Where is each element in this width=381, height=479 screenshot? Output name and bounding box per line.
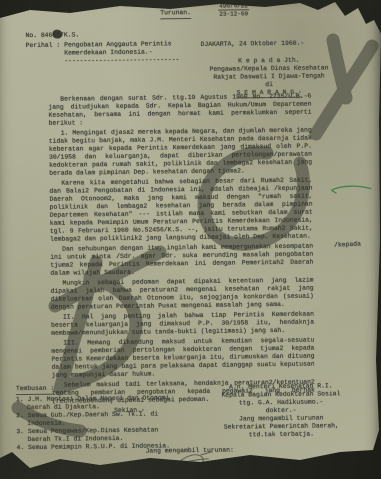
- paragraph-point-2: II. Hal jang penting jalah bahwa tiap Pe…: [51, 310, 314, 337]
- tembusan-block: Tembusan : 1. J.M. Menteri Dalam Negeri …: [16, 383, 185, 452]
- subject-line2: Kemerdekaan Indonesia.-: [64, 48, 152, 56]
- subject-text: Pengobatan Anggauta Perintis Kemerdekaan…: [64, 40, 179, 65]
- subject-label: Perihal :: [26, 42, 61, 66]
- scanned-letter-photo: Turunan. 490/4/22 23-12-60 No. 84663/K.S…: [0, 0, 381, 479]
- margin-note-kepada: /kepada: [334, 240, 361, 249]
- paragraph-intro: Berkenaan dengan surat Sdr. ttg.19 Agust…: [48, 93, 311, 128]
- aged-paper-sheet: Turunan. 490/4/22 23-12-60 No. 84663/K.S…: [0, 0, 381, 479]
- subject-line1: Pengobatan Anggauta Perintis: [64, 40, 171, 48]
- paragraph-sehubungan: Dan sehubungan dengan itu, inginlah kami…: [50, 243, 313, 278]
- reference-number-date: 23-12-60: [219, 10, 248, 17]
- paragraph-point-1: 1. Mengingat djasa2 mereka kepada Negara…: [49, 127, 313, 178]
- letter-content: Turunan. 490/4/22 23-12-60 No. 84663/K.S…: [0, 0, 381, 479]
- paragraph-mungkin: Mungkin sebagai pedoman dapat dipakai ke…: [50, 277, 313, 312]
- tembusan-label: Tembusan :: [16, 385, 54, 395]
- signature-block: A.n. Menteri Kesehatan R.I. Kepala Bagia…: [192, 382, 371, 440]
- signature-illegible: ttd.tak terbatja.: [192, 430, 370, 440]
- green-pen-mark: [329, 182, 373, 195]
- city-date: DJAKARTA, 24 Oktober 1960.-: [201, 40, 305, 49]
- subject-divider: ------------------------------: [64, 56, 179, 64]
- letter-body: Berkenaan dengan surat Sdr. ttg.19 Agust…: [48, 93, 315, 418]
- recipient-block: K e p a d a Jth. Pengawas/Kepala Dinas K…: [190, 56, 348, 98]
- paragraph-karena: Karena kita mengetahui bahwa sebagian be…: [49, 177, 313, 244]
- handwritten-signature: [165, 450, 229, 475]
- ink-blot: [52, 30, 62, 39]
- reference-number: 490/4/22 23-12-60: [218, 2, 249, 17]
- turunan-label: Turunan.: [160, 9, 191, 19]
- paragraph-point-3: III. Memang dikandung maksud untuk kemud…: [51, 336, 314, 379]
- subject-block: Perihal : Pengobatan Anggauta Perintis K…: [26, 40, 180, 66]
